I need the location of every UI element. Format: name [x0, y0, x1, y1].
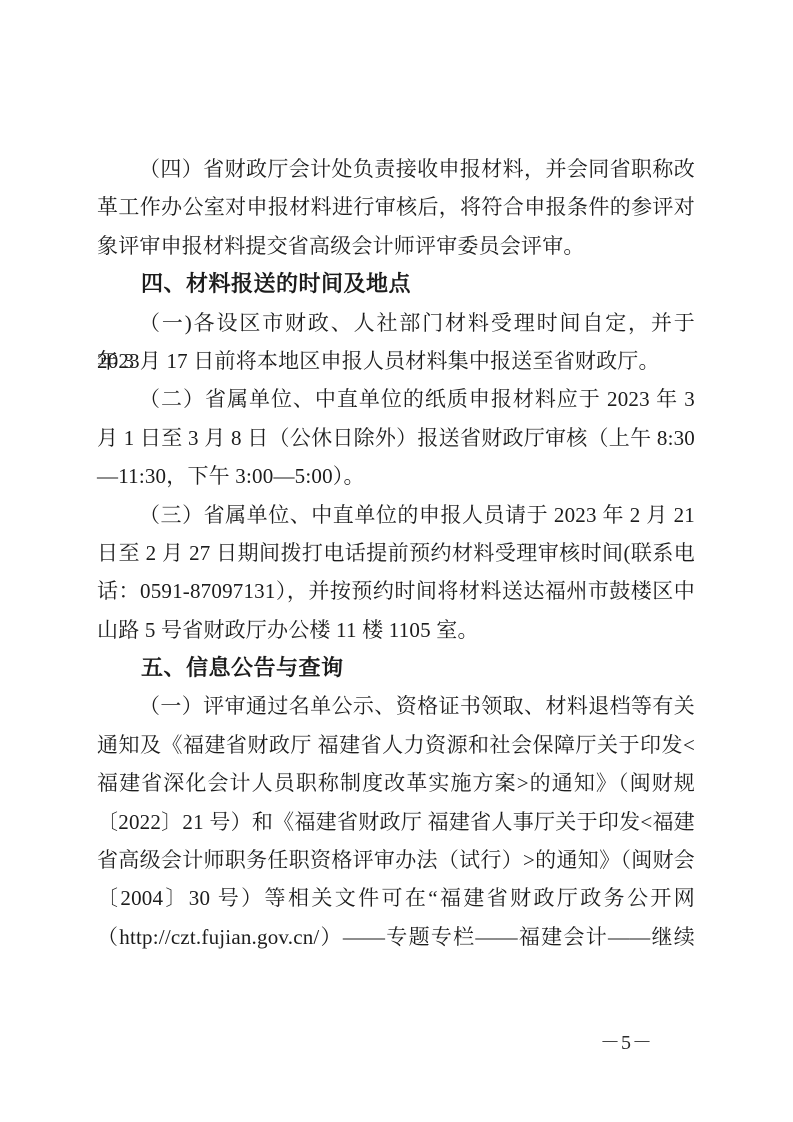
paragraph-line: （一)各设区市财政、人社部门材料受理时间自定，并于 2023	[97, 304, 695, 342]
paragraph-line: 省高级会计师职务任职资格评审办法（试行）>的通知》（闽财会	[97, 841, 695, 879]
paragraph-line: 象评审申报材料提交省高级会计师评审委员会评审。	[97, 227, 695, 265]
document-body: （四）省财政厅会计处负责接收申报材料，并会同省职称改 革工作办公室对申报材料进行…	[97, 150, 695, 956]
paragraph-line: 话：0591-87097131），并按预约时间将材料送达福州市鼓楼区中	[97, 572, 695, 610]
section-heading-materials-submission: 四、材料报送的时间及地点	[97, 265, 695, 303]
page-number: －5－	[600, 1026, 653, 1055]
paragraph-line: 福建省深化会计人员职称制度改革实施方案>的通知》（闽财规	[97, 764, 695, 802]
paragraph-line: （四）省财政厅会计处负责接收申报材料，并会同省职称改	[97, 150, 695, 188]
paragraph-line: （一）评审通过名单公示、资格证书领取、材料退档等有关	[97, 687, 695, 725]
paragraph-line: 日至 2 月 27 日期间拨打电话提前预约材料受理审核时间(联系电	[97, 534, 695, 572]
paragraph-line: 月 1 日至 3 月 8 日（公休日除外）报送省财政厅审核（上午 8:30	[97, 419, 695, 457]
document-page: （四）省财政厅会计处负责接收申报材料，并会同省职称改 革工作办公室对申报材料进行…	[0, 0, 793, 1122]
paragraph-line: 〔2022〕21 号）和《福建省财政厅 福建省人事厅关于印发<福建	[97, 803, 695, 841]
paragraph-line: （http://czt.fujian.gov.cn/）——专题专栏——福建会计—…	[97, 918, 695, 956]
paragraph-line: 〔2004〕30 号）等相关文件可在“福建省财政厅政务公开网	[97, 879, 695, 917]
paragraph-line: —11:30，下午 3:00—5:00）。	[97, 457, 695, 495]
paragraph-line: 山路 5 号省财政厅办公楼 11 楼 1105 室。	[97, 611, 695, 649]
paragraph-line: （二）省属单位、中直单位的纸质申报材料应于 2023 年 3	[97, 380, 695, 418]
paragraph-line: 革工作办公室对申报材料进行审核后，将符合申报条件的参评对	[97, 188, 695, 226]
paragraph-line: 年 3 月 17 日前将本地区申报人员材料集中报送至省财政厅。	[97, 342, 695, 380]
paragraph-line: （三）省属单位、中直单位的申报人员请于 2023 年 2 月 21	[97, 496, 695, 534]
paragraph-line: 通知及《福建省财政厅 福建省人力资源和社会保障厅关于印发<	[97, 726, 695, 764]
section-heading-info-announcement: 五、信息公告与查询	[97, 649, 695, 687]
